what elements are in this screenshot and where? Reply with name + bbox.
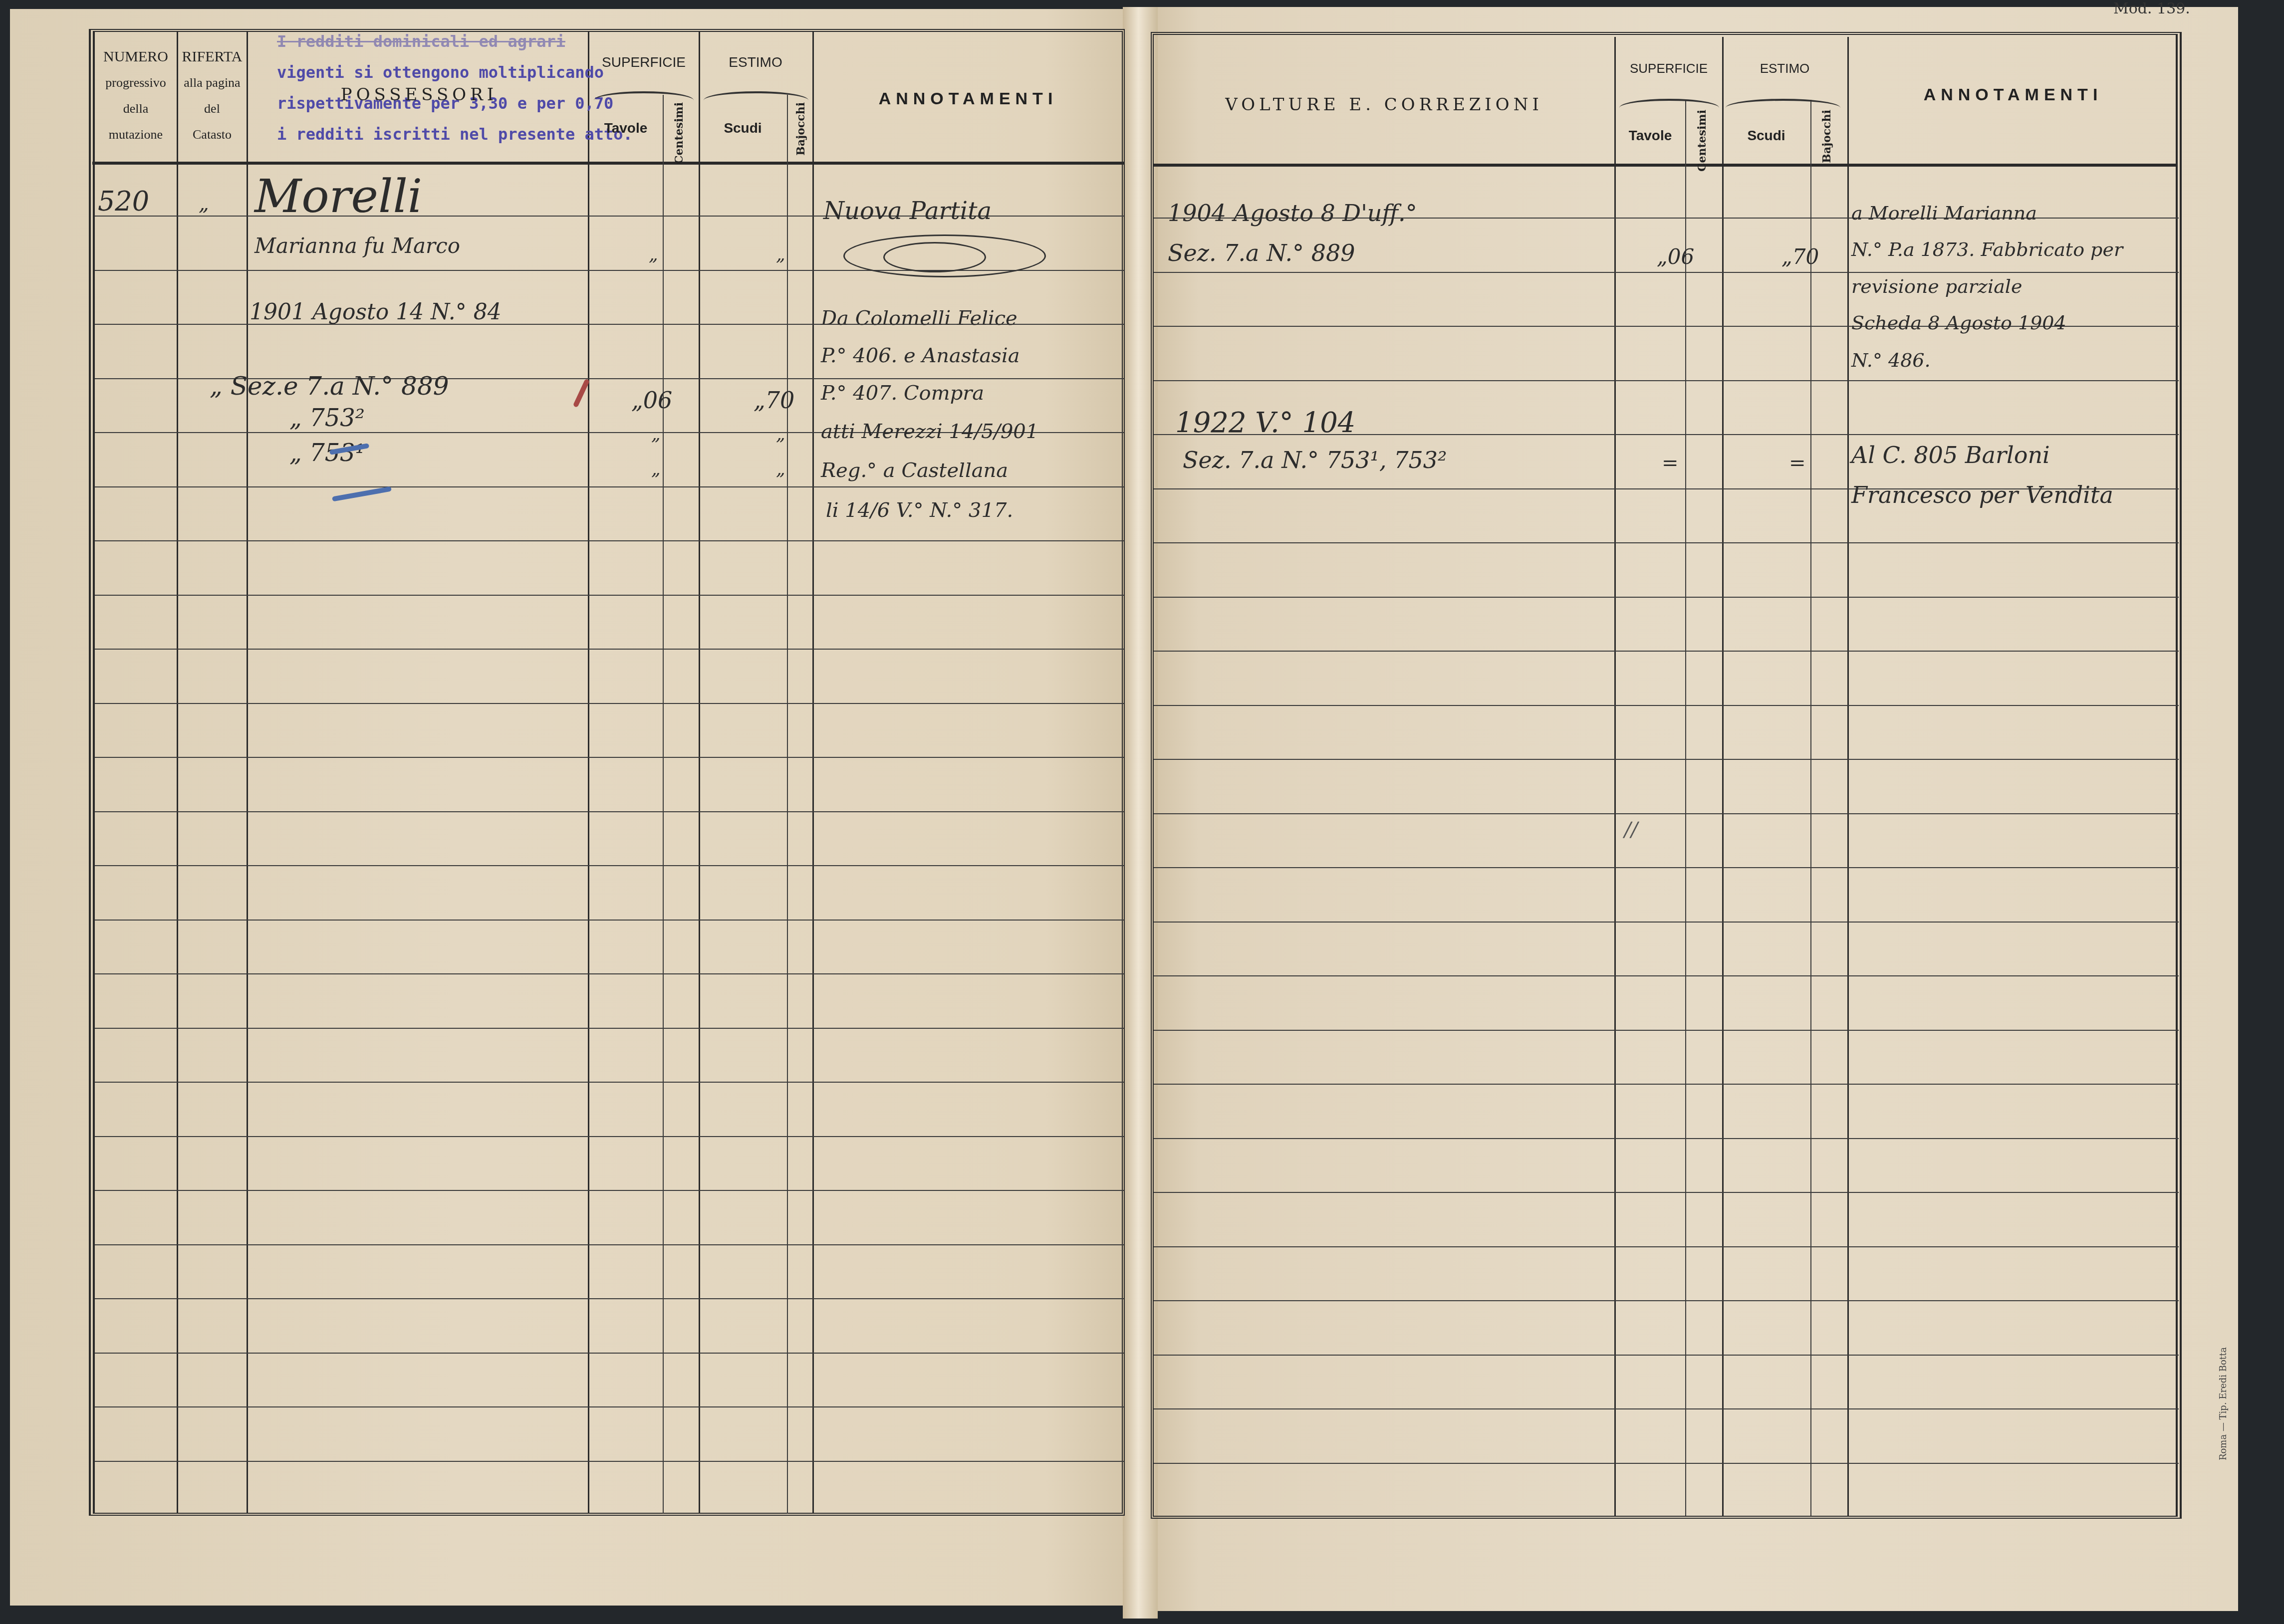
- tavole-row1: „: [649, 244, 658, 265]
- ruled-line: [95, 811, 1124, 812]
- col-divider-scudi: [787, 95, 788, 1514]
- header-numero-line3: della: [95, 96, 177, 122]
- annot-1-line2: N.° P.a 1873. Fabbricato per: [1851, 238, 2123, 260]
- tavole-row2: „06: [631, 387, 672, 414]
- scudi-row4: „: [776, 459, 785, 479]
- stray-pencil-mark: ∕∕: [1624, 818, 1638, 841]
- header-superficie: SUPERFICIE: [589, 54, 699, 71]
- col-divider-scudi-right: [1810, 100, 1811, 1516]
- annotamenti-line5: atti Merezzi 14/5/901: [821, 420, 1038, 443]
- printer-mark: Roma — Tip. Eredi Botta: [2218, 1347, 2229, 1460]
- ruled-line: [95, 1461, 1124, 1462]
- ruled-line: [1154, 813, 2179, 814]
- ruled-line: [1154, 705, 2179, 706]
- stamp-line4: i redditi iscritti nel presente atto.: [277, 119, 633, 150]
- scudi-row2: „70: [754, 387, 794, 414]
- ruled-line: [95, 540, 1124, 541]
- ruled-line: [1154, 867, 2179, 868]
- ruled-line: [1154, 380, 2179, 381]
- scudi-row3: „: [776, 424, 785, 445]
- header-numero-line4: mutazione: [95, 122, 177, 148]
- scudi-row1: „: [776, 244, 785, 265]
- ruled-line: [95, 973, 1124, 974]
- ruled-line: [95, 1136, 1124, 1137]
- col-divider-tavole: [663, 95, 664, 1514]
- possessori-given-name: Marianna fu Marco: [254, 233, 460, 258]
- ruled-line: [1154, 1300, 2179, 1301]
- col-divider-possessori: [588, 32, 589, 1514]
- possessori-sezione: „ Sez.e 7.a N.° 889: [210, 372, 449, 401]
- volture-2-tavole: =: [1662, 452, 1679, 474]
- ruled-line: [1154, 922, 2179, 923]
- volture-2-line1: 1922 V.° 104: [1175, 407, 1355, 439]
- ruled-line: [95, 757, 1124, 758]
- col-divider-volture: [1614, 37, 1616, 1516]
- header-tavole-right: Tavole: [1615, 127, 1685, 144]
- header-numero-line2: progressivo: [95, 70, 177, 96]
- header-annotamenti-right: ANNOTAMENTI: [1848, 85, 2178, 105]
- ruled-line: [1154, 542, 2179, 543]
- ruled-line: [95, 1190, 1124, 1191]
- annot-2-line1: Al C. 805 Barloni: [1851, 442, 2050, 468]
- annotamenti-line2: Da Colomelli Felice: [821, 307, 1017, 330]
- header-riferta: RIFERTA alla pagina del Catasto: [178, 44, 247, 148]
- header-volture: VOLTURE E. CORREZIONI: [1154, 95, 1614, 115]
- col-divider-estimo: [812, 32, 814, 1514]
- ruled-line: [95, 1298, 1124, 1299]
- ruled-line: [95, 865, 1124, 866]
- volture-1-line1: 1904 Agosto 8 D'uff.°: [1168, 200, 1417, 227]
- header-numero-line1: NUMERO: [95, 44, 177, 70]
- ruled-line: [1154, 975, 2179, 976]
- form-number: Mod. 139.: [2113, 0, 2190, 17]
- possessori-parcel-1: „ 753¹: [289, 439, 365, 467]
- annotamenti-line6: Reg.° a Castellana: [821, 459, 1008, 482]
- volture-1-tavole: „06: [1657, 244, 1694, 269]
- col-divider-superficie: [699, 32, 700, 1514]
- ruled-line: [95, 1028, 1124, 1029]
- ruled-line: [95, 1082, 1124, 1083]
- entry-numero: 520: [98, 186, 149, 217]
- col-divider-superficie-right: [1722, 37, 1724, 1516]
- header-centesimi-right: Centesimi: [1696, 110, 1709, 172]
- ruled-line: [1154, 1084, 2179, 1085]
- ruled-line: [1154, 759, 2179, 760]
- col-divider-estimo-right: [1847, 37, 1849, 1516]
- ruled-line: [95, 1353, 1124, 1354]
- header-riferta-line4: Catasto: [178, 122, 247, 148]
- volture-2-scudi: =: [1789, 452, 1806, 474]
- possessori-surname: Morelli: [254, 170, 422, 223]
- header-estimo: ESTIMO: [699, 54, 812, 71]
- annotamenti-line7: li 14/6 V.° N.° 317.: [826, 499, 1013, 522]
- tavole-row3: „: [651, 424, 661, 445]
- entry-riferta: „: [199, 192, 209, 215]
- ruled-line: [95, 1244, 1124, 1245]
- header-possessori: POSSESSORI: [250, 85, 589, 105]
- possessori-parcel-2: „ 753²: [289, 404, 365, 432]
- ruled-line: [95, 920, 1124, 921]
- header-tavole: Tavole: [589, 120, 663, 137]
- ruled-line: [1154, 1192, 2179, 1193]
- ruled-line: [1154, 1355, 2179, 1356]
- volture-1-line2: Sez. 7.a N.° 889: [1168, 239, 1355, 266]
- header-estimo-right: ESTIMO: [1722, 61, 1847, 76]
- header-superficie-right: SUPERFICIE: [1615, 61, 1722, 76]
- col-divider-numero: [177, 32, 178, 1514]
- annot-2-line2: Francesco per Vendita: [1851, 481, 2113, 508]
- ruled-line: [1154, 272, 2179, 273]
- tavole-row4: „: [651, 459, 661, 479]
- volture-2-line2: Sez. 7.a N.° 753¹, 753²: [1183, 447, 1447, 473]
- annot-1-line3: revisione parziale: [1851, 275, 2022, 297]
- col-divider-tavole-right: [1685, 100, 1686, 1516]
- stamp-line1: I redditi dominicali ed agrari: [277, 26, 633, 57]
- header-riferta-line2: alla pagina: [178, 70, 247, 96]
- stamp-line2: vigenti si ottengono moltiplicando: [277, 57, 633, 88]
- annotamenti-line4: P.° 407. Compra: [821, 382, 984, 405]
- annot-1-line5: N.° 486.: [1851, 349, 1931, 371]
- header-centesimi: Centesimi: [673, 102, 686, 164]
- annot-1-line4: Scheda 8 Agosto 1904: [1851, 312, 2066, 334]
- header-riferta-line1: RIFERTA: [178, 44, 247, 70]
- ruled-line: [1154, 1030, 2179, 1031]
- ruled-line: [95, 703, 1124, 704]
- annotamenti-heading: Nuova Partita: [823, 197, 992, 225]
- annot-1-line1: a Morelli Marianna: [1851, 202, 2037, 224]
- header-bajocchi-right: Bajocchi: [1820, 110, 1833, 163]
- col-divider-riferta: [247, 32, 248, 1514]
- ruled-line: [95, 486, 1124, 487]
- ruled-line: [95, 595, 1124, 596]
- ruled-line: [1154, 597, 2179, 598]
- ruled-line: [1154, 1138, 2179, 1139]
- header-scudi: Scudi: [699, 120, 787, 137]
- volture-1-scudi: „70: [1781, 244, 1819, 269]
- right-header-divider: [1154, 164, 2177, 167]
- ruled-line: [95, 1406, 1124, 1407]
- header-scudi-right: Scudi: [1722, 127, 1810, 144]
- header-bajocchi: Bajocchi: [794, 102, 807, 156]
- possessori-date: 1901 Agosto 14 N.° 84: [250, 299, 502, 325]
- header-numero: NUMERO progressivo della mutazione: [95, 44, 177, 148]
- header-annotamenti-left: ANNOTAMENTI: [813, 89, 1123, 109]
- ruled-line: [1154, 651, 2179, 652]
- ruled-line: [95, 649, 1124, 650]
- ruled-line: [1154, 1246, 2179, 1247]
- ruled-line: [1154, 1463, 2179, 1464]
- header-riferta-line3: del: [178, 96, 247, 122]
- ruled-line: [1154, 1408, 2179, 1409]
- annotamenti-line3: P.° 406. e Anastasia: [821, 344, 1020, 367]
- flourish-inner-icon: [883, 242, 986, 272]
